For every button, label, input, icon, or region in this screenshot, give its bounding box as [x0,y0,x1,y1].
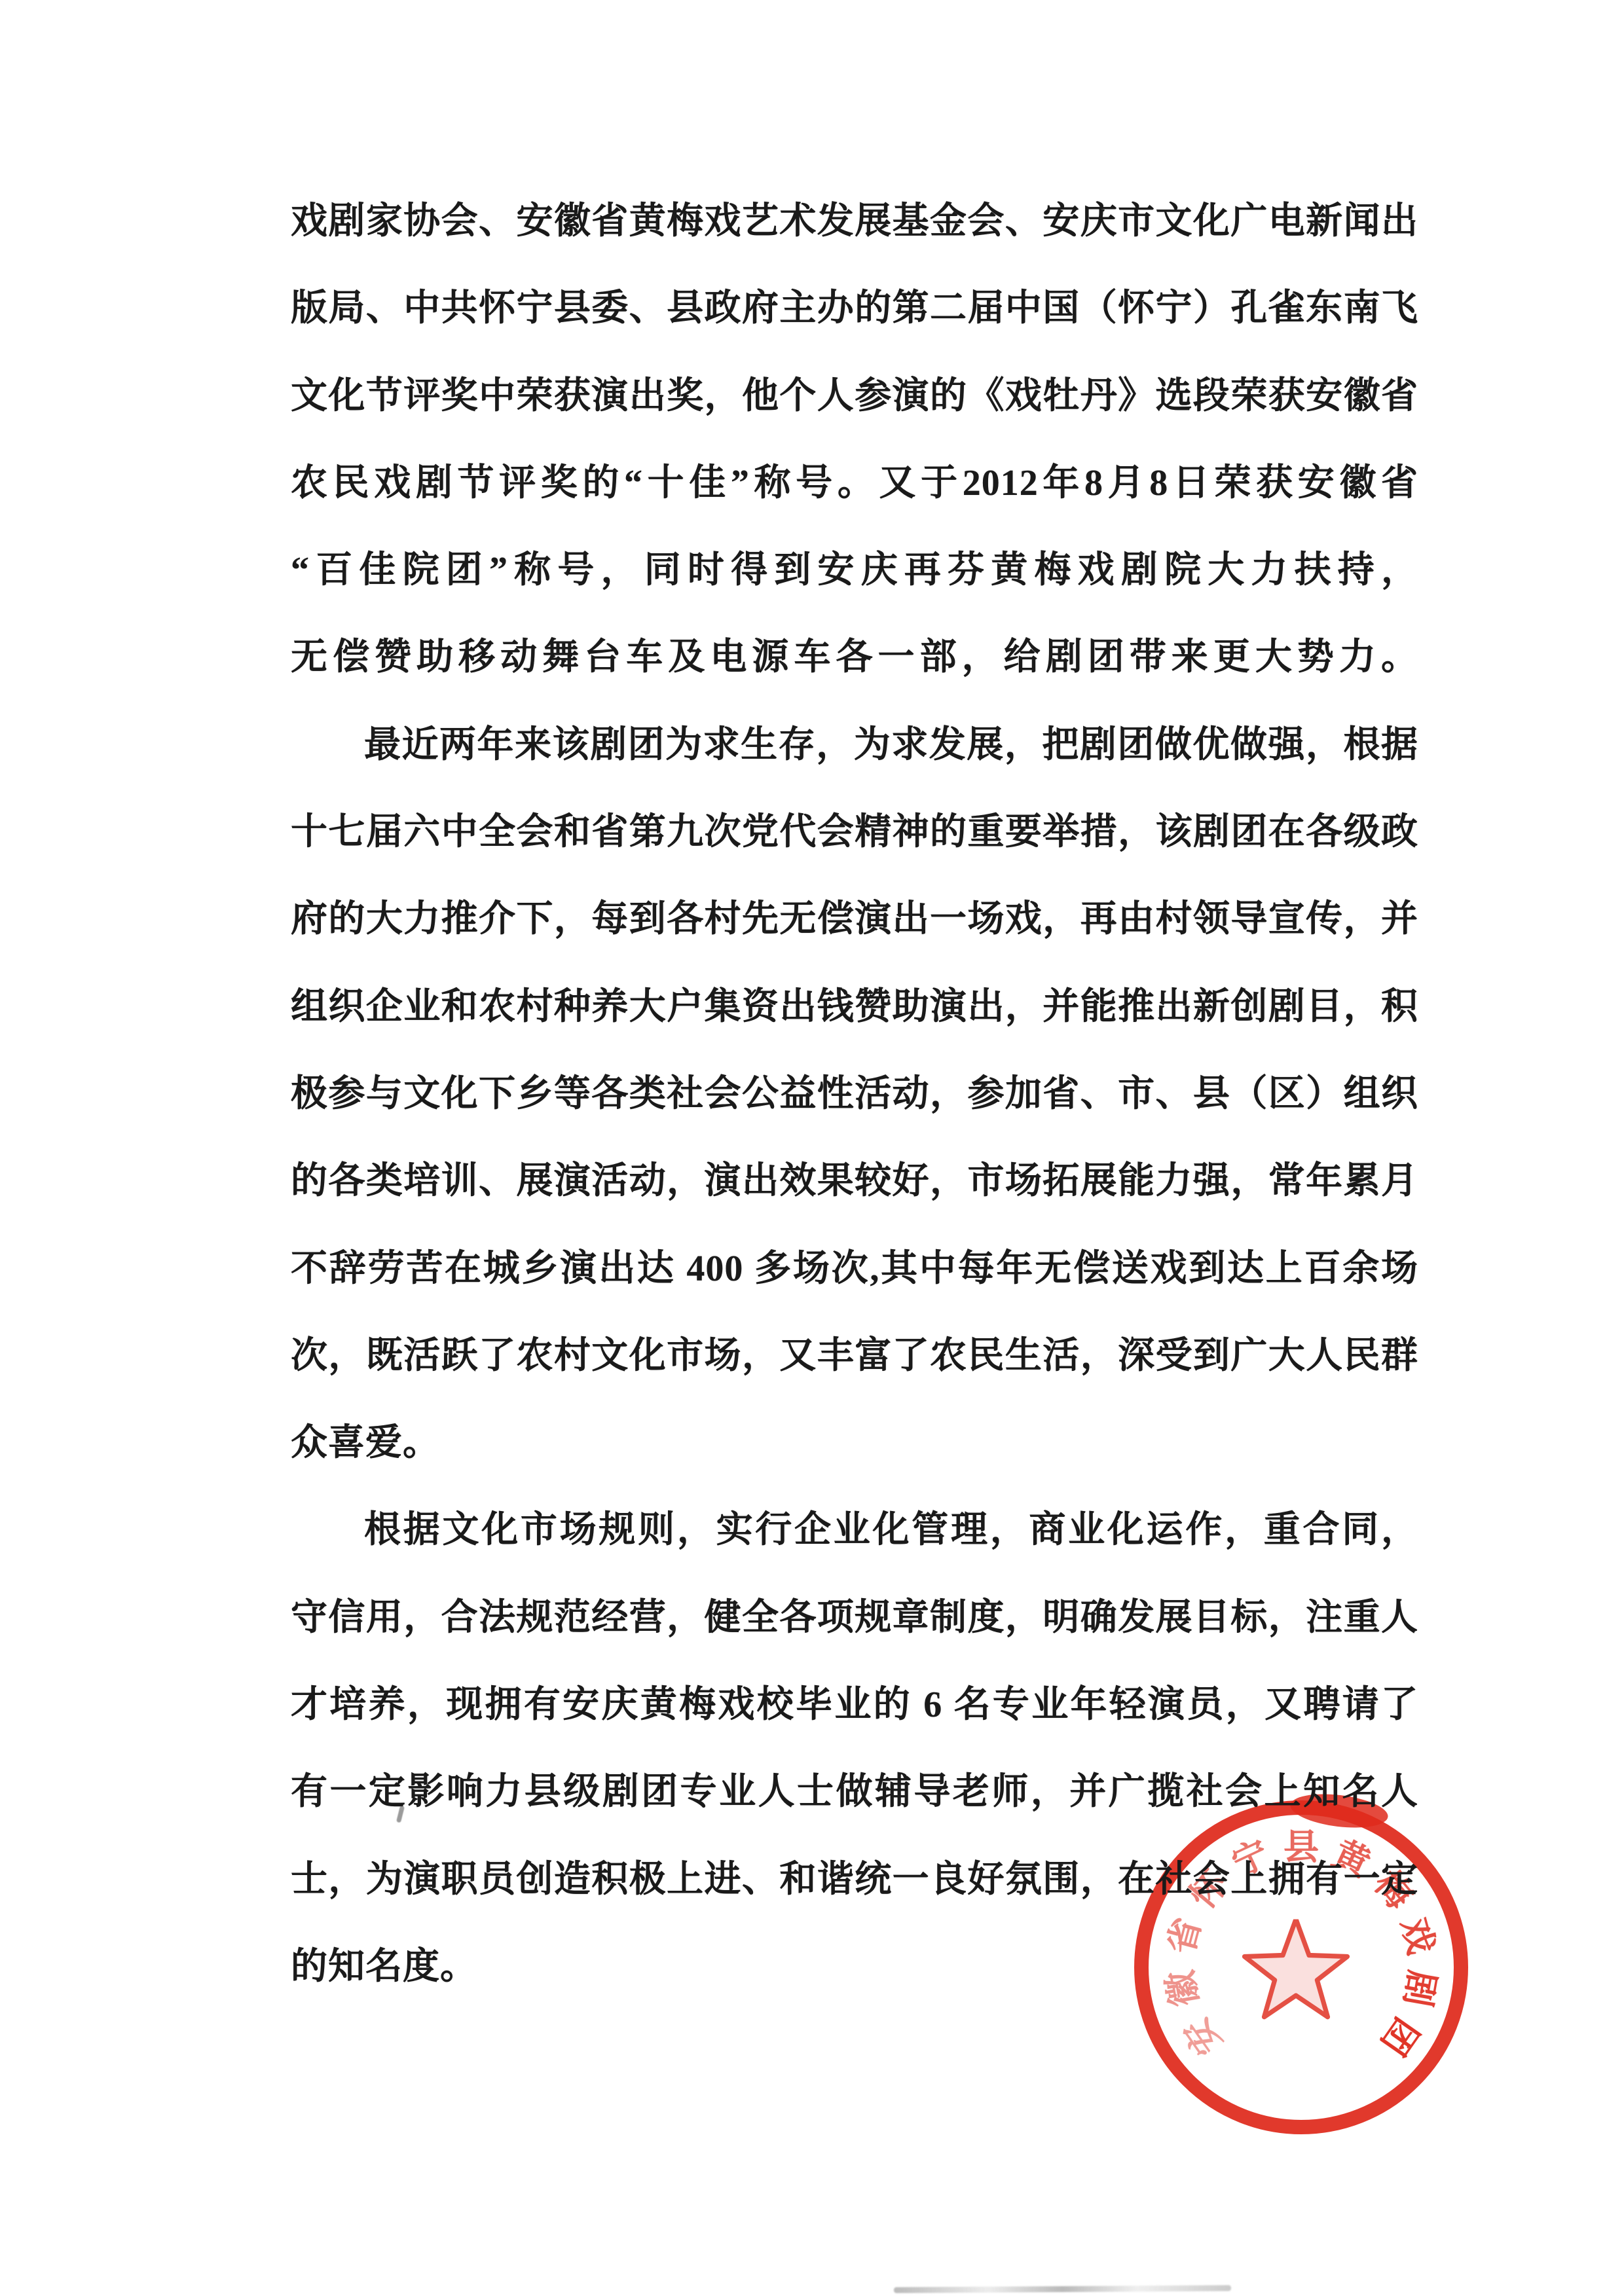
text-line: 士，为演职员创造积极上进、和谐统一良好氛围，在社会上拥有一定 [291,1836,1418,1923]
text-line: 根据文化市场规则，实行企业化管理，商业化运作，重合同， [291,1487,1418,1574]
text-line: 众喜爱。 [291,1400,1418,1487]
scanned-document-page: 安徽省怀宁县黄梅戏剧团 戏剧家协会、安徽省黄梅戏艺术发展基金会、安庆市文化广电新… [0,0,1624,2296]
text-line: 组织企业和农村种养大户集资出钱赞助演出，并能推出新创剧目，积 [291,964,1418,1051]
text-line: 府的大力推介下，每到各村先无偿演出一场戏，再由村领导宣传，并 [291,876,1418,963]
text-line: 版局、中共怀宁县委、县政府主办的第二届中国（怀宁）孔雀东南飞 [291,265,1418,352]
text-line: 文化节评奖中荣获演出奖，他个人参演的《戏牡丹》选段荣获安徽省 [291,353,1418,440]
text-line: 守信用，合法规范经营，健全各项规章制度，明确发展目标，注重人 [291,1575,1418,1662]
text-line: “百佳院团”称号，同时得到安庆再芬黄梅戏剧院大力扶持， [291,527,1418,614]
text-line: 次，既活跃了农村文化市场，又丰富了农民生活，深受到广大人民群 [291,1313,1418,1400]
seal-character: 团 [1371,2009,1433,2067]
text-line: 戏剧家协会、安徽省黄梅戏艺术发展基金会、安庆市文化广电新闻出 [291,178,1418,265]
text-line: 十七届六中全会和省第九次党代会精神的重要举措，该剧团在各级政 [291,789,1418,876]
text-line: 有一定影响力县级剧团专业人士做辅导老师，并广揽社会上知名人 [291,1749,1418,1836]
text-block: 戏剧家协会、安徽省黄梅戏艺术发展基金会、安庆市文化广电新闻出 版局、中共怀宁县委… [291,178,1418,2011]
text-line: 才培养，现拥有安庆黄梅戏校毕业的 6 名专业年轻演员，又聘请了 [291,1662,1418,1749]
scan-streak-artifact [894,2285,1231,2293]
text-line: 农民戏剧节评奖的“十佳”称号。又于2012年8月8日荣获安徽省 [291,440,1418,527]
text-line: 的知名度。 [291,1923,1418,2011]
text-line: 的各类培训、展演活动，演出效果较好，市场拓展能力强，常年累月 [291,1138,1418,1225]
text-line: 最近两年来该剧团为求生存，为求发展，把剧团做优做强，根据 [291,702,1418,789]
text-line: 不辞劳苦在城乡演出达 400 多场次,其中每年无偿送戏到达上百余场 [291,1226,1418,1313]
text-line: 极参与文化下乡等各类社会公益性活动，参加省、市、县（区）组织 [291,1051,1418,1138]
seal-character: 安 [1170,2009,1231,2067]
text-line: 无偿赞助移动舞台车及电源车各一部，给剧团带来更大势力。 [291,614,1418,701]
